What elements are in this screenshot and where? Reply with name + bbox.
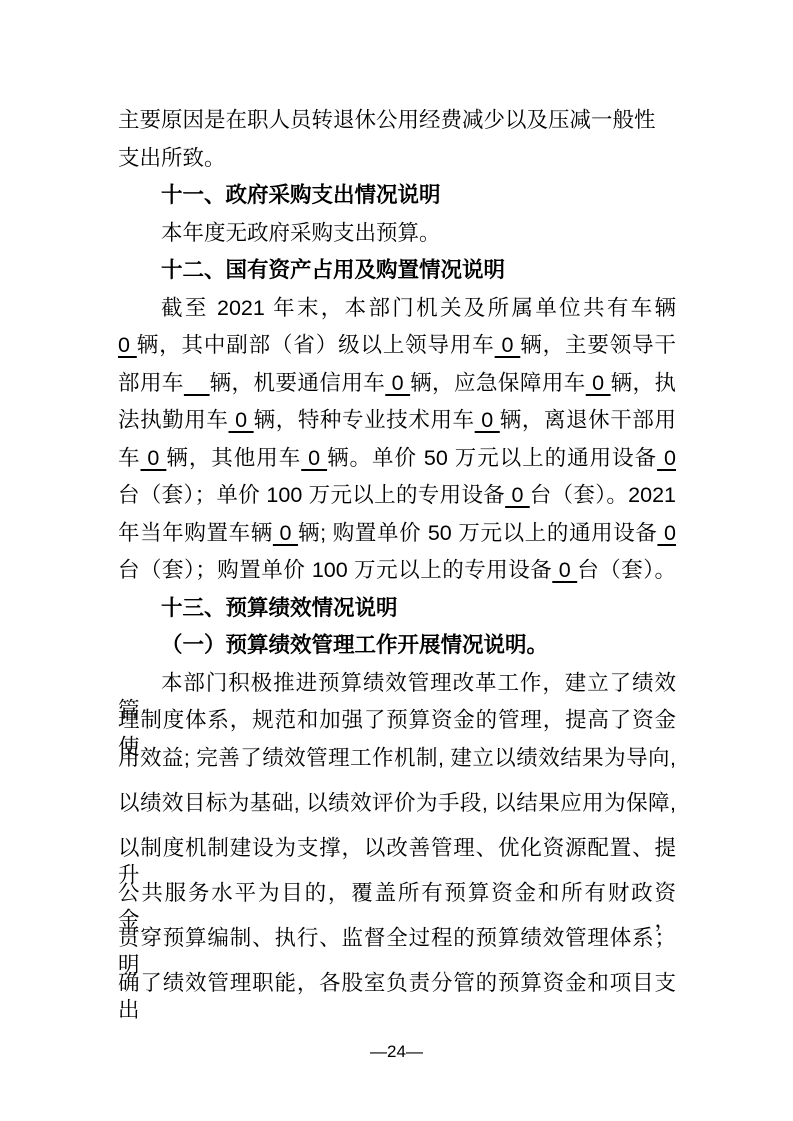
body-line: 0 辆，其中副部（省）级以上领导用车 0 辆，主要领导干 bbox=[118, 332, 676, 359]
page-number: —24— bbox=[0, 1042, 793, 1062]
heading-section-13: 十三、预算绩效情况说明 bbox=[118, 595, 676, 622]
body-line: 台（套）；单价 100 万元以上的专用设备 0 台（套）。2021 bbox=[118, 482, 676, 509]
body-line: 支出所致。 bbox=[118, 145, 676, 172]
body-line: 台（套）；购置单价 100 万元以上的专用设备 0 台（套）。 bbox=[118, 557, 676, 584]
body-line: 法执勤用车 0 辆，特种专业技术用车 0 辆，离退休干部用 bbox=[118, 407, 676, 434]
body-line: 主要原因是在职人员转退休公用经费减少以及压减一般性 bbox=[118, 107, 676, 134]
body-line: 确了绩效管理职能，各股室负责分管的预算资金和项目支出 bbox=[118, 970, 676, 1024]
document-page: 主要原因是在职人员转退休公用经费减少以及压减一般性 支出所致。 十一、政府采购支… bbox=[0, 0, 793, 1121]
heading-section-12: 十二、国有资产占用及购置情况说明 bbox=[118, 257, 676, 284]
body-line: 截至 2021 年末，本部门机关及所属单位共有车辆 bbox=[118, 295, 676, 322]
body-line: 用效益; 完善了绩效管理工作机制, 建立以绩效结果为导向, bbox=[118, 745, 676, 772]
body-line: 部用车 辆，机要通信用车 0 辆，应急保障用车 0 辆，执 bbox=[118, 370, 676, 397]
body-line: 以绩效目标为基础, 以绩效评价为手段, 以结果应用为保障, bbox=[118, 790, 676, 817]
body-line: 车 0 辆，其他用车 0 辆。单价 50 万元以上的通用设备 0 bbox=[118, 445, 676, 472]
body-line: 本年度无政府采购支出预算。 bbox=[118, 220, 676, 247]
heading-subsection-1: （一）预算绩效管理工作开展情况说明。 bbox=[118, 632, 676, 659]
body-line: 年当年购置车辆 0 辆; 购置单价 50 万元以上的通用设备 0 bbox=[118, 520, 676, 547]
heading-section-11: 十一、政府采购支出情况说明 bbox=[118, 182, 676, 209]
